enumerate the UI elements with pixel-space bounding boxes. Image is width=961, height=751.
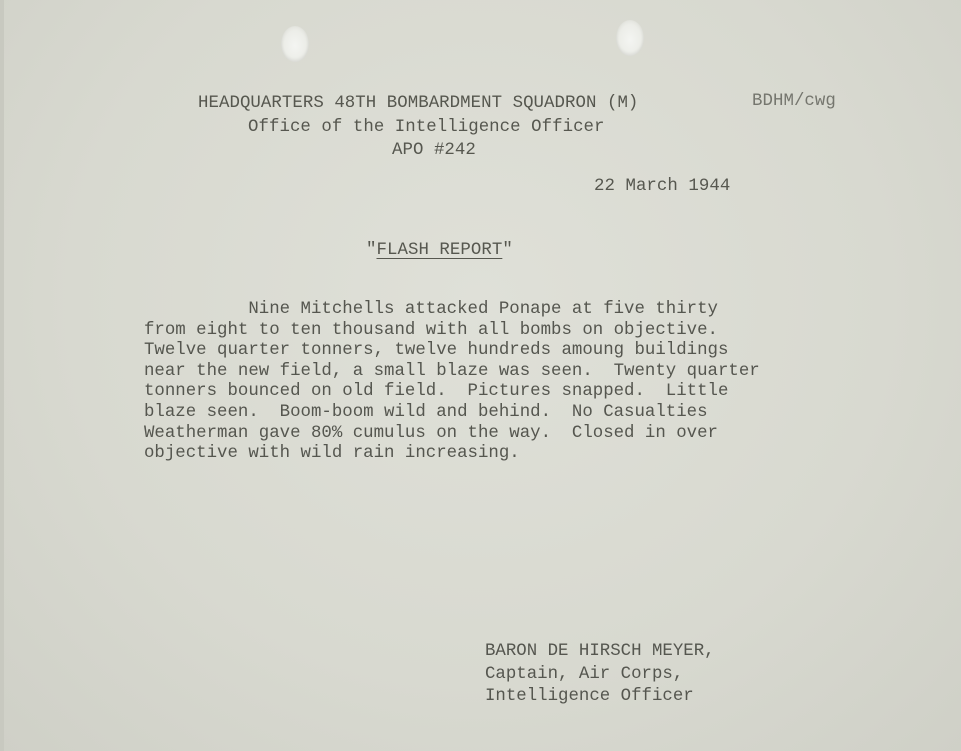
body-line: from eight to ten thousand with all bomb… [144,321,760,342]
body-line: blaze seen. Boom-boom wild and behind. N… [144,403,760,424]
punch-hole-right [616,20,644,56]
body-line: objective with wild rain increasing. [144,444,760,465]
signature-block: BARON DE HIRSCH MEYER, Captain, Air Corp… [485,641,715,709]
punch-hole-left [281,26,309,62]
document-title: "FLASH REPORT" [366,241,513,262]
body-line: Nine Mitchells attacked Ponape at five t… [144,300,760,321]
reference-code: BDHM/cwg [752,92,836,113]
paper-edge [0,0,4,751]
document-page: HEADQUARTERS 48TH BOMBARDMENT SQUADRON (… [0,0,961,751]
title-open-quote: " [366,241,377,260]
header-office: Office of the Intelligence Officer [248,118,605,139]
document-date: 22 March 1944 [594,177,730,198]
title-text: FLASH REPORT [377,241,503,260]
title-close-quote: " [502,241,513,260]
body-line: Weatherman gave 80% cumulus on the way. … [144,424,760,445]
body-line: near the new field, a small blaze was se… [144,362,760,383]
header-apo: APO #242 [392,141,476,162]
signature-rank: Captain, Air Corps, [485,664,715,687]
body-line: tonners bounced on old field. Pictures s… [144,382,760,403]
signature-name: BARON DE HIRSCH MEYER, [485,641,715,664]
signature-position: Intelligence Officer [485,686,715,709]
report-body: Nine Mitchells attacked Ponape at five t… [144,300,760,465]
body-line: Twelve quarter tonners, twelve hundreds … [144,341,760,362]
header-organization: HEADQUARTERS 48TH BOMBARDMENT SQUADRON (… [198,94,638,115]
